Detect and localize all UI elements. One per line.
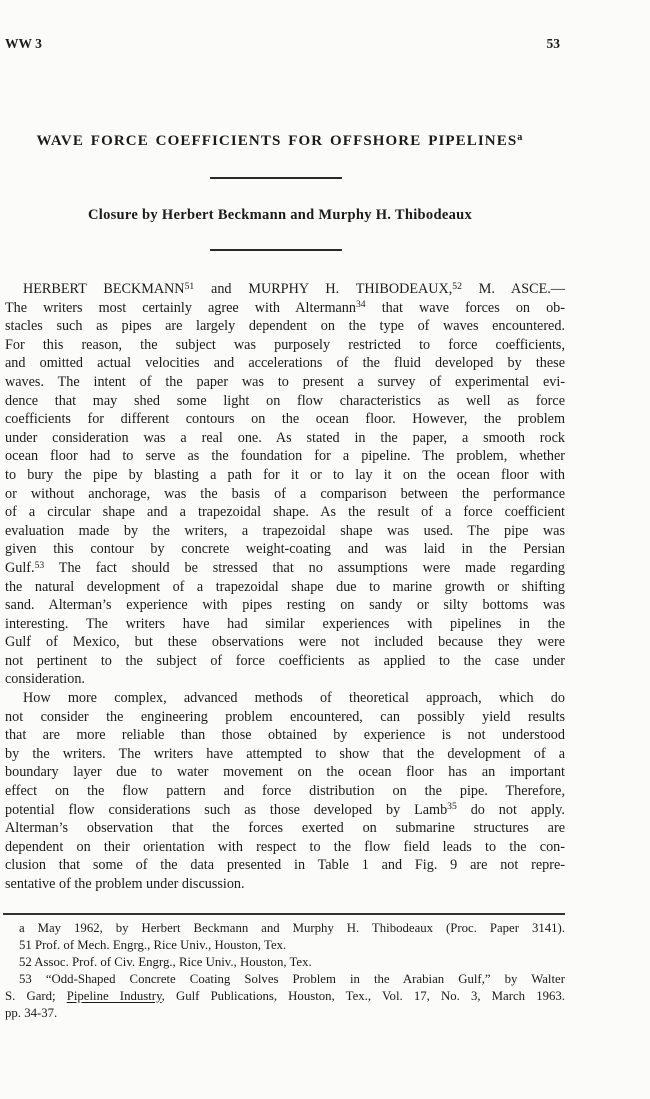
closure-byline: Closure by Herbert Beckmann and Murphy H…	[5, 207, 555, 224]
body-line: of a circular shape and a trapezoidal sh…	[5, 503, 565, 522]
page-number: 53	[547, 36, 561, 52]
page-header: WW 3 53	[5, 36, 560, 52]
footnote-divider-rule	[3, 913, 565, 915]
body-line: not consider the engineering problem enc…	[5, 708, 565, 727]
body-line: HERBERT BECKMANN51 and MURPHY H. THIBODE…	[5, 280, 565, 299]
footnotes-block: a May 1962, by Herbert Beckmann and Murp…	[5, 920, 565, 1021]
body-line: and omitted actual velocities and accele…	[5, 354, 565, 373]
body-line: potential flow considerations such as th…	[5, 801, 565, 820]
body-line: not pertinent to the subject of force co…	[5, 652, 565, 671]
body-line: dence that may shed some light on flow c…	[5, 392, 565, 411]
byline-divider-rule	[210, 249, 342, 251]
body-line: Gulf.53 The fact should be stressed that…	[5, 559, 565, 578]
title-divider-rule	[210, 177, 342, 179]
body-line: boundary layer due to water movement on …	[5, 763, 565, 782]
body-line: sentative of the problem under discussio…	[5, 875, 565, 894]
body-line: ocean floor had to serve as the foundati…	[5, 447, 565, 466]
footnote-line: S. Gard; Pipeline Industry, Gulf Publica…	[5, 988, 565, 1005]
footnote-line: 51 Prof. of Mech. Engrg., Rice Univ., Ho…	[5, 937, 565, 954]
body-line: Gulf of Mexico, but these observations w…	[5, 633, 565, 652]
body-line: effect on the flow pattern and force dis…	[5, 782, 565, 801]
body-line: that are more reliable than those obtain…	[5, 726, 565, 745]
body-line: to bury the pipe by blasting a path for …	[5, 466, 565, 485]
body-text: HERBERT BECKMANN51 and MURPHY H. THIBODE…	[5, 280, 565, 894]
body-line: clusion that some of the data presented …	[5, 856, 565, 875]
body-line: Alterman’s observation that the forces e…	[5, 819, 565, 838]
body-line: dependent on their orientation with resp…	[5, 838, 565, 857]
body-line: How more complex, advanced methods of th…	[5, 689, 565, 708]
paper-title: WAVE FORCE COEFFICIENTS FOR OFFSHORE PIP…	[5, 133, 555, 150]
body-line: waves. The intent of the paper was to pr…	[5, 373, 565, 392]
body-line: by the writers. The writers have attempt…	[5, 745, 565, 764]
body-line: stacles such as pipes are largely depend…	[5, 317, 565, 336]
footnote-line: 53 “Odd-Shaped Concrete Coating Solves P…	[5, 971, 565, 988]
body-line: For this reason, the subject was purpose…	[5, 336, 565, 355]
body-line: evaluation made by the writers, a trapez…	[5, 522, 565, 541]
footnote-line: 52 Assoc. Prof. of Civ. Engrg., Rice Uni…	[5, 954, 565, 971]
body-line: sand. Alterman’s experience with pipes r…	[5, 596, 565, 615]
journal-issue-code: WW 3	[5, 36, 42, 52]
body-line: consideration.	[5, 670, 565, 689]
footnote-line: pp. 34-37.	[5, 1005, 565, 1022]
journal-page: WW 3 53 WAVE FORCE COEFFICIENTS FOR OFFS…	[0, 0, 650, 1099]
body-line: under consideration was a real one. As s…	[5, 429, 565, 448]
body-line: coefficients for different contours on t…	[5, 410, 565, 429]
body-line: interesting. The writers have had simila…	[5, 615, 565, 634]
body-line: The writers most certainly agree with Al…	[5, 299, 565, 318]
body-line: given this contour by concrete weight-co…	[5, 540, 565, 559]
body-line: the natural development of a trapezoidal…	[5, 578, 565, 597]
footnote-line: a May 1962, by Herbert Beckmann and Murp…	[5, 920, 565, 937]
body-line: or without anchorage, was the basis of a…	[5, 485, 565, 504]
